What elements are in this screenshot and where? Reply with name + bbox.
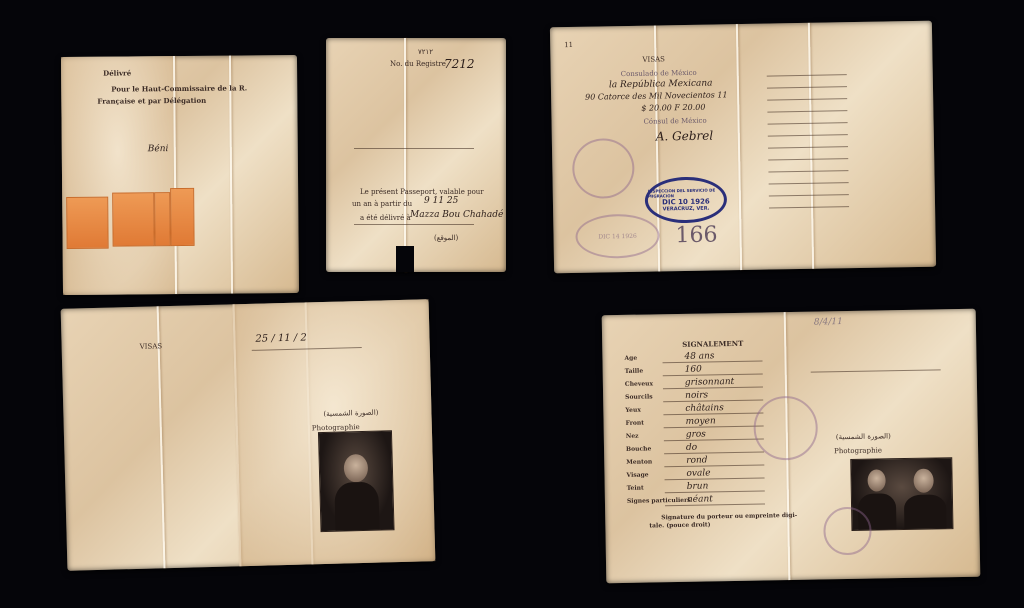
field-label: Bouche — [626, 445, 651, 452]
validity-line-1: Le présent Passeport, valable pour — [360, 188, 484, 196]
arabic-register-number: ٧٢١٢ — [418, 48, 433, 56]
fold-line — [404, 38, 406, 272]
field-label: Signes particuliers — [627, 497, 691, 505]
issue-date: 25 / 11 / 2 — [255, 332, 307, 344]
field-label: Nez — [626, 433, 639, 440]
field-rule — [665, 490, 765, 493]
field-value: châtains — [685, 403, 724, 414]
field-rule — [664, 438, 764, 441]
field-value: noirs — [685, 390, 708, 400]
holder-photo — [318, 430, 395, 532]
document-bottom-right: SIGNALEMENT Age48 ansTaille160Cheveuxgri… — [602, 309, 981, 583]
field-value: moyen — [685, 416, 715, 427]
field-value: 160 — [685, 365, 702, 375]
rule — [769, 182, 849, 184]
faint-stamp-date: DIC 14 1926 — [598, 232, 637, 240]
issued-label: Délivré — [103, 68, 131, 77]
validity-line-2: un an à partir du — [352, 200, 412, 208]
revenue-stamp — [66, 197, 108, 249]
holder-name: Mazza Bou Chahadé — [410, 210, 503, 220]
consulate-line: Consulado de México — [621, 69, 697, 78]
document-bottom-left: VISAS 25 / 11 / 2 (الصورة الشمسية) Photo… — [61, 299, 436, 571]
field-value: néant — [687, 494, 713, 504]
field-rule — [665, 477, 765, 480]
signature: Béni — [148, 144, 169, 154]
rule — [768, 158, 848, 160]
face — [913, 469, 933, 493]
revenue-stamp — [112, 192, 154, 246]
delegation-line: Française et par Délégation — [97, 96, 206, 106]
stamp-city: VERACRUZ, VER. — [663, 206, 710, 213]
field-label: Age — [624, 355, 637, 362]
rule — [767, 98, 847, 100]
field-rule — [664, 464, 764, 467]
field-label: Visage — [626, 471, 648, 478]
handwritten-number: 166 — [675, 222, 717, 248]
field-value: do — [686, 443, 697, 453]
revenue-stamp — [170, 188, 195, 246]
field-value: brun — [687, 481, 709, 491]
field-rule — [663, 373, 763, 376]
commissioner-line: Pour le Haut-Commissaire de la R. — [111, 83, 247, 93]
field-label: Sourcils — [625, 393, 653, 400]
rule — [767, 86, 847, 88]
consul-signature: A. Gebrel — [656, 129, 714, 144]
rule — [767, 110, 847, 112]
signature-label: Signature du porteur ou empreinte digi- — [661, 512, 797, 521]
register-value: 7212 — [444, 57, 475, 71]
field-label: Cheveux — [625, 380, 653, 387]
right-date: 8/4/11 — [814, 317, 843, 328]
field-rule — [664, 451, 764, 454]
official-seal — [823, 507, 872, 556]
rule — [769, 194, 849, 196]
field-value: rond — [686, 455, 707, 465]
arabic-footer: (الموقع) — [434, 234, 458, 242]
consulate-seal — [572, 138, 635, 199]
visas-header: VISAS — [642, 55, 665, 63]
document-top-right: 11 VISAS Consulado de México la Repúblic… — [550, 21, 936, 274]
rule — [354, 224, 474, 225]
face — [867, 469, 885, 491]
field-rule — [663, 399, 763, 402]
page-number: 11 — [564, 41, 573, 49]
field-value: grisonnant — [685, 377, 735, 388]
document-top-left: Délivré Pour le Haut-Commissaire de la R… — [61, 55, 299, 295]
rule — [768, 122, 848, 124]
fold-line — [736, 24, 742, 270]
photo-label-ar: (الصورة الشمسية) — [323, 409, 378, 418]
migration-stamp: INSPECCION DEL SERVICIO DE MIGRACION DIC… — [645, 176, 728, 223]
field-label: Menton — [626, 458, 652, 465]
consul-label: Cónsul de México — [643, 117, 706, 126]
torn-edge — [396, 246, 414, 272]
field-value: gros — [686, 429, 706, 439]
field-label: Front — [626, 420, 645, 427]
signalement-fields: Age48 ansTaille160CheveuxgrisonnantSourc… — [602, 309, 976, 316]
document-top-middle: ٧٢١٢ No. du Registre 7212 Le présent Pas… — [326, 38, 506, 272]
signature-label: tale. (pouce droit) — [649, 521, 710, 529]
fee-line: $ 20.00 F 20.00 — [641, 103, 705, 113]
photo-label: Photographie — [834, 446, 882, 455]
rule — [768, 134, 848, 136]
torso — [904, 494, 947, 529]
torso — [334, 482, 379, 531]
signalement-title: SIGNALEMENT — [682, 339, 743, 349]
face — [344, 454, 369, 483]
register-label: No. du Registre — [390, 60, 446, 68]
field-label: Yeux — [625, 407, 641, 414]
field-value: 48 ans — [684, 351, 714, 362]
field-label: Taille — [625, 368, 644, 375]
consulate-line: la República Mexicana — [609, 79, 713, 91]
stamp-line: INSPECCION DEL SERVICIO DE MIGRACION — [648, 187, 724, 198]
field-label: Teint — [627, 485, 644, 492]
rule — [811, 369, 941, 372]
field-value: ovale — [686, 468, 710, 478]
rule — [769, 206, 849, 208]
validity-date: 9 11 25 — [424, 196, 458, 206]
revenue-stamp — [154, 192, 170, 246]
consulate-line: 90 Catorce des Mil Novecientos 11 — [585, 90, 728, 101]
photo-label-ar: (الصورة الشمسية) — [836, 432, 891, 441]
rule — [767, 74, 847, 76]
rule — [354, 148, 474, 149]
rule — [768, 170, 848, 172]
issued-to-label: a été délivré à — [360, 214, 411, 222]
date-stamp: DIC 14 1926 — [575, 213, 660, 258]
rule — [768, 146, 848, 148]
official-seal — [753, 396, 818, 461]
visas-header: VISAS — [140, 342, 163, 351]
